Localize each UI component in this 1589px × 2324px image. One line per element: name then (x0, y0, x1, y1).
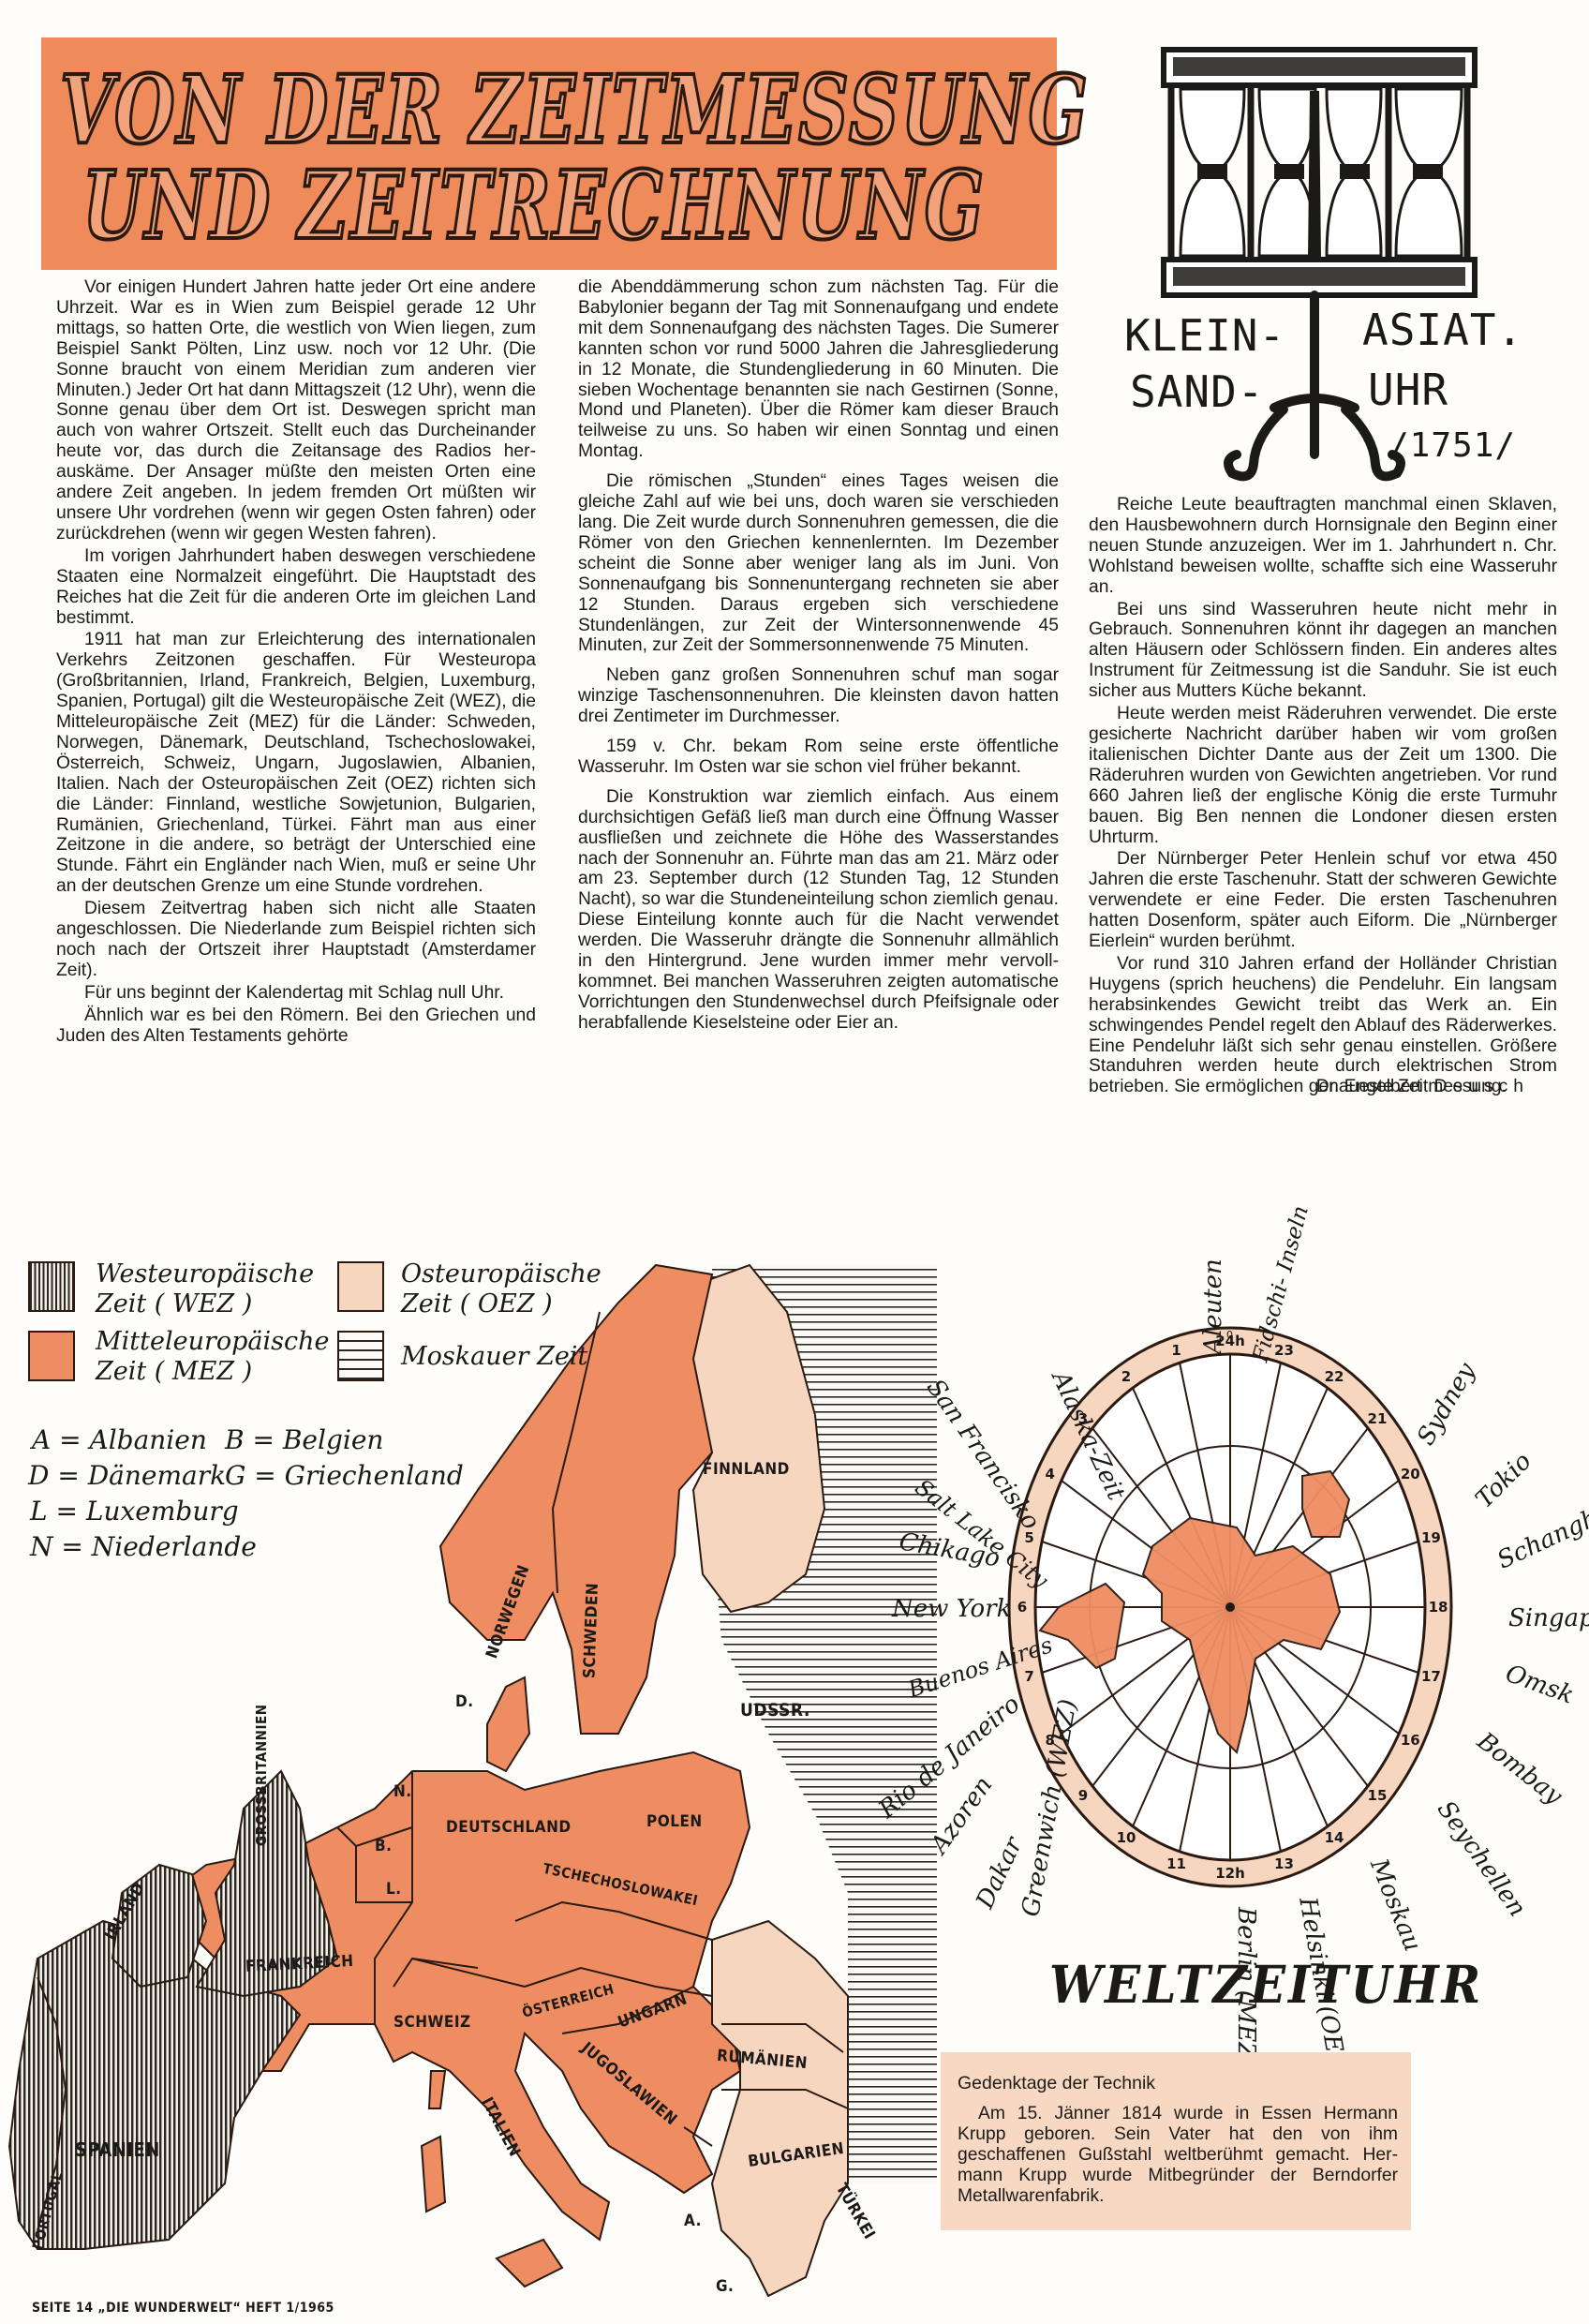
country-label-udssr: UDSSR. (740, 1700, 810, 1721)
country-label-deutschland: DEUTSCHLAND (446, 1818, 572, 1837)
abbr-daenemark: D = Dänemark (28, 1460, 226, 1491)
hour-label: 13 (1274, 1855, 1294, 1872)
world-clock-title: WELTZEITUHR (1049, 1954, 1483, 2015)
hour-label: 17 (1421, 1668, 1441, 1685)
paragraph: 1911 hat man zur Erleichterung des inter… (56, 630, 536, 897)
paragraph: 159 v. Chr. bekam Rom seine erste öffent… (578, 737, 1059, 778)
hour-label: 12h (1215, 1865, 1245, 1882)
hourglass-label-klein: KLEIN- (1124, 310, 1285, 361)
hour-label-zero: 0 (1226, 1329, 1233, 1341)
page-footer: SEITE 14 „DIE WUNDERWELT“ HEFT 1/1965 (32, 2301, 334, 2316)
hour-label: 11 (1166, 1855, 1186, 1872)
city-aleuten: Aleuten (1199, 1259, 1227, 1354)
paragraph: Bei uns sind Wasseruhren heute nicht meh… (1089, 600, 1557, 703)
paragraph: Die römischen „Stunden“ eines Tages weis… (578, 471, 1059, 656)
paragraph: Der Nürnberger Peter Henlein schuf vor e… (1089, 849, 1557, 952)
paragraph: Neben ganz großen Sonnenuhren schuf man … (578, 665, 1059, 727)
world-clock-diagram: 24h123456789101112h131415161718192021222… (881, 1246, 1574, 2033)
hour-label: 21 (1368, 1410, 1388, 1427)
hour-label: 9 (1078, 1787, 1088, 1804)
country-label-d: D. (455, 1692, 474, 1711)
abbr-niederlande: N = Niederlande (30, 1531, 257, 1562)
city-singapur: Singapur (1508, 1604, 1589, 1632)
hour-label: 20 (1401, 1466, 1420, 1482)
country-label-g: G. (716, 2277, 734, 2296)
legend-swatch-wez (28, 1261, 75, 1312)
gedenktage-box: Gedenktage der Technik Am 15. Jänner 181… (941, 2052, 1411, 2230)
paragraph: die Abenddämmerung schon zum nächsten Ta… (578, 277, 1059, 462)
abbr-albanien: A = Albanien (32, 1424, 207, 1455)
hour-label: 16 (1401, 1732, 1420, 1749)
article-column-1: Vor einigen Hundert Jahren hatte jeder O… (56, 277, 536, 1047)
hourglass-icon (1143, 42, 1499, 492)
hour-label: 18 (1429, 1599, 1448, 1616)
abbr-luxemburg: L = Luxemburg (30, 1496, 239, 1527)
hour-label: 4 (1046, 1466, 1055, 1482)
hour-label: 6 (1017, 1599, 1027, 1616)
hourglass-label-sand: SAND- (1130, 366, 1264, 417)
legend-label-mez: Mitteleuropäische Zeit ( MEZ ) (96, 1327, 330, 1387)
hour-label: 2 (1121, 1368, 1131, 1385)
paragraph: Im vorigen Jahrhundert haben deswegen ve… (56, 546, 536, 629)
legend-swatch-moskau (337, 1331, 384, 1381)
title-line-1: VON DER ZEITMESSUNG (60, 56, 1090, 165)
article-column-2: die Abenddämmerung schon zum nächsten Ta… (578, 277, 1059, 1034)
hour-label: 19 (1421, 1529, 1441, 1546)
legend-label-wez: Westeuropäische Zeit ( WEZ ) (96, 1259, 314, 1319)
paragraph: Diesem Zeitvertrag haben sich nicht alle… (56, 899, 536, 981)
hourglass-illustration: KLEIN- ASIAT. SAND- UHR /1751/ (1143, 42, 1499, 492)
abbr-griechenland: G = Griechenland (225, 1460, 464, 1491)
gedenktage-body: Am 15. Jänner 1814 wurde in Essen Herman… (958, 2104, 1398, 2207)
country-label-spanien: SPANIEN (75, 2138, 160, 2161)
legend-swatch-oez (337, 1261, 384, 1312)
paragraph: Ähnlich war es bei den Römern. Bei den G… (56, 1006, 536, 1047)
gedenktage-title: Gedenktage der Technik (958, 2073, 1398, 2094)
hour-label: 7 (1024, 1668, 1033, 1685)
hourglass-label-uhr: UHR (1368, 365, 1448, 415)
country-label-polen: POLEN (646, 1812, 703, 1831)
legend-label-moskau: Moskauer Zeit (401, 1342, 587, 1372)
paragraph: Für uns beginnt der Kalendertag mit Schl… (56, 983, 536, 1004)
country-label-l: L. (386, 1880, 402, 1899)
country-label-b: B. (375, 1837, 392, 1855)
hourglass-label-asiat: ASIAT. (1362, 305, 1523, 355)
paragraph: Vor rund 310 Jahren erfand der Holländer… (1089, 954, 1557, 1097)
author-name: Deusch (1434, 1077, 1529, 1096)
title-banner: VON DER ZEITMESSUNG UND ZEITRECHNUNG (41, 37, 1057, 270)
country-label-gb: GROSSBRITANNIEN (253, 1704, 270, 1846)
country-label-schweiz: SCHWEIZ (394, 2013, 471, 2032)
country-label-schweden: SCHWEDEN (580, 1583, 602, 1679)
legend-label-oez: Osteuropäische Zeit ( OEZ ) (401, 1259, 601, 1319)
article-column-3: Reiche Leute beauftragten manchmal einen… (1089, 495, 1557, 1097)
hourglass-year: /1751/ (1389, 426, 1516, 465)
hour-label: 1 (1171, 1342, 1181, 1359)
hour-label: 14 (1325, 1829, 1344, 1846)
hour-label: 22 (1325, 1368, 1344, 1385)
paragraph: Heute werden meist Räderuhren verwendet.… (1089, 704, 1557, 847)
title-line-2: UND ZEITRECHNUNG (82, 152, 986, 261)
author-prefix: Dr. Engelbert (1316, 1077, 1422, 1096)
legend-swatch-mez (28, 1331, 75, 1381)
city-new-york: New York (892, 1595, 1011, 1623)
paragraph: Vor einigen Hundert Jahren hatte jeder O… (56, 277, 536, 544)
europe-timezone-map: Westeuropäische Zeit ( WEZ ) Mitteleurop… (0, 1246, 937, 2324)
hour-label: 15 (1368, 1787, 1388, 1804)
abbr-belgien: B = Belgien (225, 1424, 383, 1455)
country-label-finnland: FINNLAND (703, 1460, 790, 1479)
country-label-a: A. (684, 2212, 702, 2230)
paragraph: Die Konstruktion war ziemlich einfach. A… (578, 787, 1059, 1034)
paragraph: Reiche Leute beauftragten manchmal einen… (1089, 495, 1557, 598)
country-label-n: N. (394, 1782, 412, 1801)
hour-label: 10 (1117, 1829, 1136, 1846)
